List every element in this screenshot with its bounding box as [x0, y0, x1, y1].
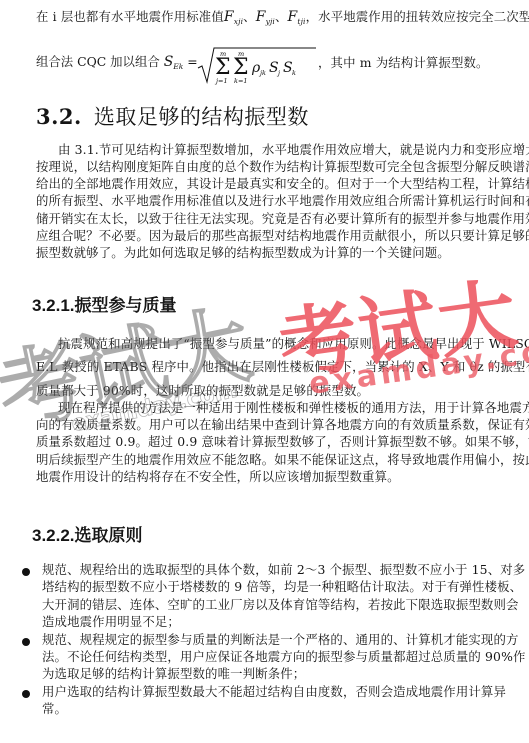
- section-title: 选取原则: [75, 526, 143, 545]
- section-number: 3.2.: [36, 104, 82, 129]
- intro-line-2-suffix: ，其中 m 为结构计算振型数。: [318, 55, 518, 71]
- paragraph-line: 按理说，以结构刚度矩阵自由度的总个数作为结构计算振型数可完全包含振型分解反映谱法: [36, 159, 506, 175]
- svg-text:k: k: [292, 69, 296, 77]
- paragraph-line: 现在程序提供的方法是一种适用于刚性楼板和弹性楼板的通用方法，用于计算各地震方: [58, 400, 528, 416]
- section-number: 3.2.1.: [32, 296, 75, 315]
- section-number: 3.2.2.: [32, 526, 75, 545]
- section-heading-3-2-1: 3.2.1.振型参与质量: [32, 291, 177, 316]
- force-t-symbol: F: [288, 9, 298, 25]
- paragraph-line: 抗震规范和高规提出了“振型参与质量”的概念和应用原则。此概念最早出现于 WILS…: [58, 336, 528, 352]
- s-ek-subscript: Ek: [173, 62, 183, 71]
- bullet-line: 塔结构的振型数不应小于塔楼数的 9 倍等，均是一种粗略估计取法。对于有弹性楼板、: [42, 579, 512, 595]
- svg-text:m: m: [238, 50, 244, 58]
- paragraph-line: 由 3.1.节可见结构计算振型数增加，水平地震作用效应增大，就是说内力和变形应增…: [58, 142, 528, 158]
- intro-line-2: 组合法 CQC 加以组合 SEk =: [36, 52, 198, 71]
- force-t-subscript: tji: [297, 17, 305, 26]
- cqc-formula: √(Σ_{j=1}^{m} Σ_{k=1}^{m} ρ_jk S_j S_k) …: [196, 46, 316, 86]
- paragraph-line: 向的有效质量系数。用户可以在输出结果中查到计算各地震方向的有效质量系数，保证有效: [36, 417, 506, 433]
- intro-text: 在 i 层也都有水平地震作用标准值: [36, 9, 224, 24]
- bullet-icon: [22, 638, 30, 646]
- intro-text: ，水平地震作用的扭转效应按完全二次型: [306, 9, 529, 24]
- bullet-line: 为选取足够的结构计算振型数的唯一判断条件；: [42, 666, 512, 682]
- paragraph-line: 地震作用设计的结构将存在不安全性，所以应该增加振型数重算。: [36, 469, 506, 485]
- svg-text:jk: jk: [258, 69, 266, 77]
- force-x-subscript: xji: [234, 17, 243, 26]
- intro-text: 组合法 CQC 加以组合: [36, 54, 160, 69]
- force-y-symbol: F: [256, 9, 266, 25]
- paragraph-line: 明后续振型产生的地震作用效应不能忽略。如果不能保证这点，将导致地震作用偏小，按此: [36, 452, 506, 468]
- svg-text:k=1: k=1: [234, 77, 248, 85]
- section-title: 振型参与质量: [75, 296, 177, 315]
- paragraph-line: 应组合呢？不必要。因为最后的那些高振型对结构地震作用贡献很小，所以只要计算足够的: [36, 228, 506, 244]
- bullet-line: 规范、规程规定的振型参与质量的判断法是一个严格的、通用的、计算机才能实现的方: [42, 632, 512, 648]
- bullet-line: 法。不论任何结构类型，用户应保证各地震方向的振型参与质量都超过总质量的 90%作: [42, 649, 512, 665]
- paragraph-line: E.L 教授的 ETABS 程序中。他指出在层刚性楼板假定下，当累计的 X、Y …: [36, 359, 506, 375]
- bullet-line: 常。: [42, 701, 512, 717]
- intro-line-1: 在 i 层也都有水平地震作用标准值Fxji、Fyji、Ftji，水平地震作用的扭…: [36, 9, 506, 30]
- separator: 、: [243, 9, 256, 24]
- section-heading-3-2: 3.2.选取足够的结构振型数: [36, 101, 309, 131]
- separator: 、: [275, 9, 288, 24]
- force-x-symbol: F: [224, 9, 234, 25]
- paragraph-line: 给出的全部地震作用效应，其设计是最真实和安全的。但对于一个大型结构工程，计算结构: [36, 176, 506, 192]
- svg-text:j=1: j=1: [214, 77, 228, 85]
- bullet-icon: [22, 690, 30, 698]
- document-page: 在 i 层也都有水平地震作用标准值Fxji、Fyji、Ftji，水平地震作用的扭…: [0, 0, 529, 743]
- paragraph-line: 振型数就够了。为此如何选取足够的结构振型数成为计算的一个关键问题。: [36, 245, 506, 261]
- paragraph-line: 的所有振型、水平地震作用标准值以及进行水平地震作用效应组合所需计算机运行时间和存: [36, 193, 506, 209]
- bullet-icon: [22, 568, 30, 576]
- section-heading-3-2-2: 3.2.2.选取原则: [32, 521, 143, 546]
- bullet-line: 用户选取的结构计算振型数最大不能超过结构自由度数，否则会造成地震作用计算异: [42, 684, 512, 700]
- bullet-line: 规范、规程给出的选取振型的具体个数，如前 2～3 个振型、振型数不应小于 15、…: [42, 562, 512, 578]
- section-title: 选取足够的结构振型数: [94, 105, 309, 129]
- paragraph-line: 储开销实在太长，以致于往往无法实现。究竟是否有必要计算所有的振型并参与地震作用效: [36, 211, 506, 227]
- paragraph-line: 质量系数超过 0.9。超过 0.9 意味着计算振型数够了，否则计算振型数不够。如…: [36, 434, 506, 450]
- force-y-subscript: yji: [266, 17, 275, 26]
- s-ek-symbol: S: [164, 54, 174, 70]
- bullet-line: 大开洞的错层、连体、空旷的工业厂房以及体育馆等结构，若按此下限选取振型数则会: [42, 597, 512, 613]
- paragraph-line: 质量都大于 90%时，这时所取的振型数就是足够的振型数。: [36, 383, 506, 399]
- bullet-line: 造成地震作用明显不足；: [42, 614, 512, 630]
- svg-text:m: m: [220, 50, 226, 58]
